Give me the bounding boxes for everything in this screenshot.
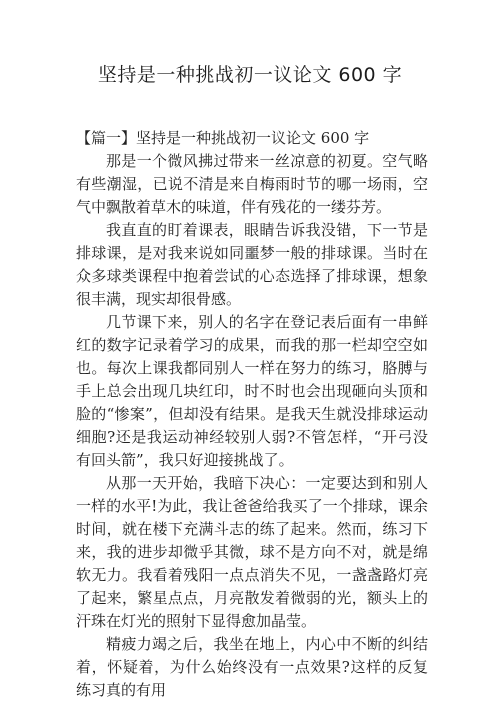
essay-body: 【篇一】坚持是一种挑战初一议论文 600 字 那是一个微风拂过带来一丝凉意的初夏… (76, 127, 428, 702)
paragraph-4: 从那一天开始，我暗下决心：一定要达到和别人一样的水平!为此，我让爸爸给我买了一个… (76, 472, 428, 633)
section-heading: 【篇一】坚持是一种挑战初一议论文 600 字 (76, 127, 428, 150)
page-title: 坚持是一种挑战初一议论文 600 字 (0, 62, 500, 88)
paragraph-3: 几节课下来，别人的名字在登记表后面有一串鲜红的数字记录着学习的成果，而我的那一栏… (76, 311, 428, 472)
paragraph-1: 那是一个微风拂过带来一丝凉意的初夏。空气略有些潮湿，已说不清是来自梅雨时节的哪一… (76, 150, 428, 219)
paragraph-2: 我直直的盯着课表，眼睛告诉我没错，下一节是排球课，是对我来说如同噩梦一般的排球课… (76, 219, 428, 311)
paragraph-5: 精疲力竭之后，我坐在地上，内心中不断的纠结着，怀疑着，为什么始终没有一点效果?这… (76, 633, 428, 702)
